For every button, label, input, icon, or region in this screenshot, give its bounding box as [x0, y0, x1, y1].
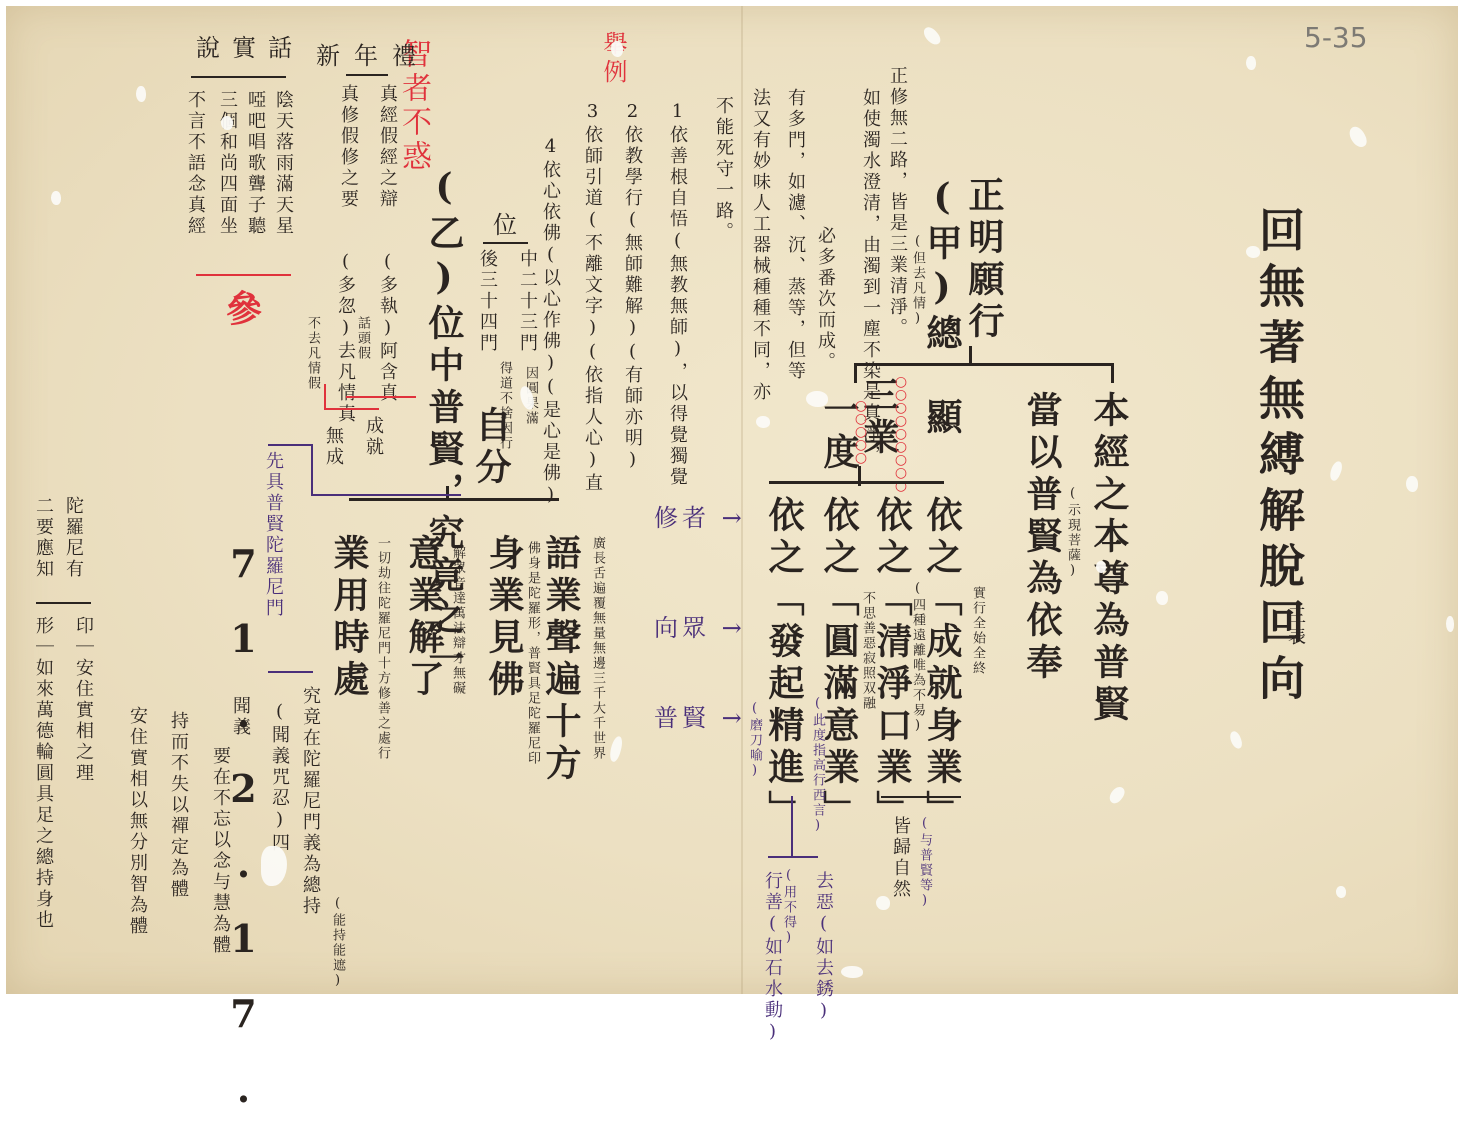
meaning-label-hear: 聞義: [231, 696, 249, 738]
red-bracket: [324, 408, 379, 410]
catalog-number: 5-35: [1304, 24, 1368, 52]
paper-speck: [1246, 246, 1260, 258]
examples-heading: 舉例: [601, 31, 625, 87]
karma-speech-note: 廣長舌遍覆無量無邊三千大千世界: [591, 536, 604, 761]
wei-item-later: 後三十四門: [478, 249, 496, 354]
sub-b-do-good-note: (用不得): [782, 868, 795, 947]
new-year-item-1: 真經假經之辯: [378, 84, 396, 210]
branch-2-note: (示現菩薩): [1066, 486, 1079, 580]
red-bead-mark: ○○○○○: [854, 398, 868, 463]
bracket: [191, 76, 286, 78]
commentary-line: 不能死守一路。: [714, 96, 732, 243]
meaning-text-hear: 要在不忘以念与慧為體: [211, 746, 229, 956]
paper-speck: [841, 966, 863, 978]
bracket: [346, 74, 388, 76]
purple-bracket: [311, 444, 313, 496]
bracket: [881, 796, 961, 798]
paper-speck: [1446, 616, 1454, 632]
commentary-line: 法又有妙味人工器械種種不同，亦: [751, 88, 769, 403]
paper-speck: [1328, 460, 1344, 482]
red-bead-mark: ○○○○○○○○○: [894, 374, 908, 491]
red-mark-contemplate: 參: [226, 291, 268, 327]
new-year-item-1-sub: 話頭假: [356, 316, 369, 361]
example-item: 3依師引道(不離文字)(依指人心)直: [583, 101, 601, 494]
paper-speck: [921, 24, 943, 47]
paper-speck: [1406, 476, 1418, 492]
arrow-label-towards-all: 向眾 →: [654, 616, 746, 640]
karma-function-note: 一切劫往陀羅尼門十方修善之處行: [376, 536, 389, 761]
meaning-text-patience: 安住實相以無分別智為體: [128, 706, 146, 937]
bracket: [769, 481, 944, 484]
purple-bracket: [268, 671, 313, 673]
purple-bracket: [311, 494, 461, 496]
red-bracket: [196, 274, 291, 276]
wei-item-middle: 中二十三門: [518, 249, 536, 354]
dharani-main: 究竟在陀羅尼門義為總持: [301, 686, 319, 917]
karma-body-note: 佛身是陀羅形，普賢具足陀羅尼印: [526, 541, 539, 766]
purple-bracket: [268, 444, 313, 446]
real-talk-line: 啞吧唱歌聾子聽: [246, 90, 264, 237]
commentary-line: 有多門，如濾、沉、蒸等，但等: [786, 88, 804, 382]
paper-speck: [608, 735, 624, 763]
red-bracket: [346, 396, 416, 398]
sub-b-remove-evil: 去惡(如去銹): [814, 871, 832, 1000]
sub-a-note: (与普賢等): [918, 816, 931, 910]
paper-speck: [1156, 591, 1168, 605]
paper-speck: [136, 86, 146, 102]
dharani-label: 先具普賢陀羅尼門: [264, 451, 282, 619]
new-year-item-2: 真修假修之要: [339, 84, 357, 210]
paper-speck: [611, 41, 623, 57]
paper-speck: [221, 116, 233, 130]
paper-speck: [261, 846, 287, 886]
new-year-item-2-note: (多忽)去凡情真: [336, 251, 354, 425]
dharani-two-heading-b: 二要應知: [34, 496, 52, 580]
paper-speck: [1246, 56, 1256, 70]
paper-speck: [806, 391, 828, 407]
outcome-none: 無成: [324, 426, 342, 468]
fold-line: [741, 6, 743, 994]
dharani-note: (能持能遮): [331, 896, 344, 990]
karma-function: 業用時處: [331, 534, 367, 702]
arrow-label-samantabhadra: 普賢 →: [654, 706, 746, 730]
karma-item-diligence-note2: (此度指高行西言): [811, 696, 824, 835]
purple-bracket: [768, 856, 818, 858]
new-year-title: 新年禮: [316, 44, 430, 68]
bracket: [349, 498, 559, 501]
karma-item-speech: 依之「清淨口業」: [874, 496, 910, 832]
paper-speck: [51, 191, 61, 205]
karma-mind: 意業解了: [406, 534, 442, 702]
sub-b-do-good: 行善(如石水動): [763, 871, 781, 1000]
dharani-two-heading-a: 陀羅尼有: [64, 496, 82, 580]
bracket: [36, 602, 91, 604]
red-bracket: [324, 384, 326, 409]
karma-speech: 語業聲遍十方: [543, 534, 579, 786]
paper-speck: [876, 896, 890, 910]
new-year-item-1-note: (多執)阿含真: [378, 251, 396, 404]
bracket: [854, 363, 1114, 366]
branch-1: 本經之本尊為普賢: [1091, 391, 1127, 727]
commentary-line: 必多番次而成。: [816, 226, 834, 373]
karma-mind-note: 解眾音達萬法辯才無礙: [451, 546, 464, 696]
connector: [1111, 363, 1114, 383]
commentary-line: 正修無二路，皆是三業清淨。: [888, 66, 906, 339]
table-label: 三表: [1286, 606, 1304, 648]
karma-item-mind-note: 不思善惡寂照双融: [861, 591, 874, 711]
self-part: 自分: [473, 406, 509, 490]
arrow-label-practitioner: 修者 →: [654, 506, 746, 530]
dharani-note2: (聞義咒忍)四: [270, 701, 288, 854]
branch-2: 當以普賢為依奉: [1024, 391, 1060, 685]
paper-speck: [756, 416, 770, 428]
paper-speck: [1107, 784, 1128, 806]
real-talk-line: 陰天落雨滿天星: [274, 90, 292, 237]
connector: [854, 363, 857, 383]
example-item: 2依教學行(無師難解)(有師亦明): [623, 101, 641, 473]
outcome-achieve: 成就: [364, 416, 382, 458]
section-jia-heading: (甲)總 顯: [924, 176, 960, 440]
dharani-two-seal: 印｜安住實相之理: [74, 616, 92, 784]
main-heading: 正明願行: [966, 176, 1002, 344]
real-talk-line: 不言不語念真經: [186, 90, 204, 237]
paper-speck: [1228, 730, 1244, 750]
dharani-two-form: 形｜如來萬德輪圓具足之總持身也: [34, 616, 52, 931]
karma-item-diligence: 依之「發起精進」: [766, 496, 802, 832]
section-jia-note: (但去凡情): [911, 234, 924, 328]
karma-item-diligence-note: (磨刀喻): [748, 701, 761, 780]
karma-item-body-note: 實行全始全終: [971, 586, 984, 676]
new-year-item-2-sub: 不去凡情假: [306, 316, 319, 391]
bracket: [483, 242, 528, 244]
example-item: 4依心依佛(以心作佛)(是心是佛): [541, 136, 559, 508]
meaning-text-mantra: 持而不失以禪定為體: [169, 711, 187, 900]
sub-a-text: 皆歸自然: [891, 816, 909, 900]
paper-speck: [1336, 886, 1346, 898]
karma-item-body: 依之「成就身業」: [924, 496, 960, 832]
document-paper: 5-35 回無著無縛解脫回向 三表 正明願行 (甲)總 顯 (但去凡情) 本經之…: [6, 6, 1458, 994]
purple-connector: [791, 796, 793, 856]
paper-speck: [1346, 124, 1369, 150]
paper-speck: [1096, 561, 1106, 573]
example-item: 1依善根自悟(無教無師)，以得覺獨覺: [668, 101, 686, 488]
karma-item-mind: 依之「圓滿意業」: [821, 496, 857, 832]
real-talk-title: 說實話: [196, 36, 304, 60]
real-talk-line: 三個和尚四面坐: [218, 90, 236, 237]
wei-label: 位: [493, 213, 521, 237]
karma-item-speech-note: (四種遠離唯為不易): [911, 581, 924, 735]
karma-body: 身業見佛: [486, 534, 522, 702]
